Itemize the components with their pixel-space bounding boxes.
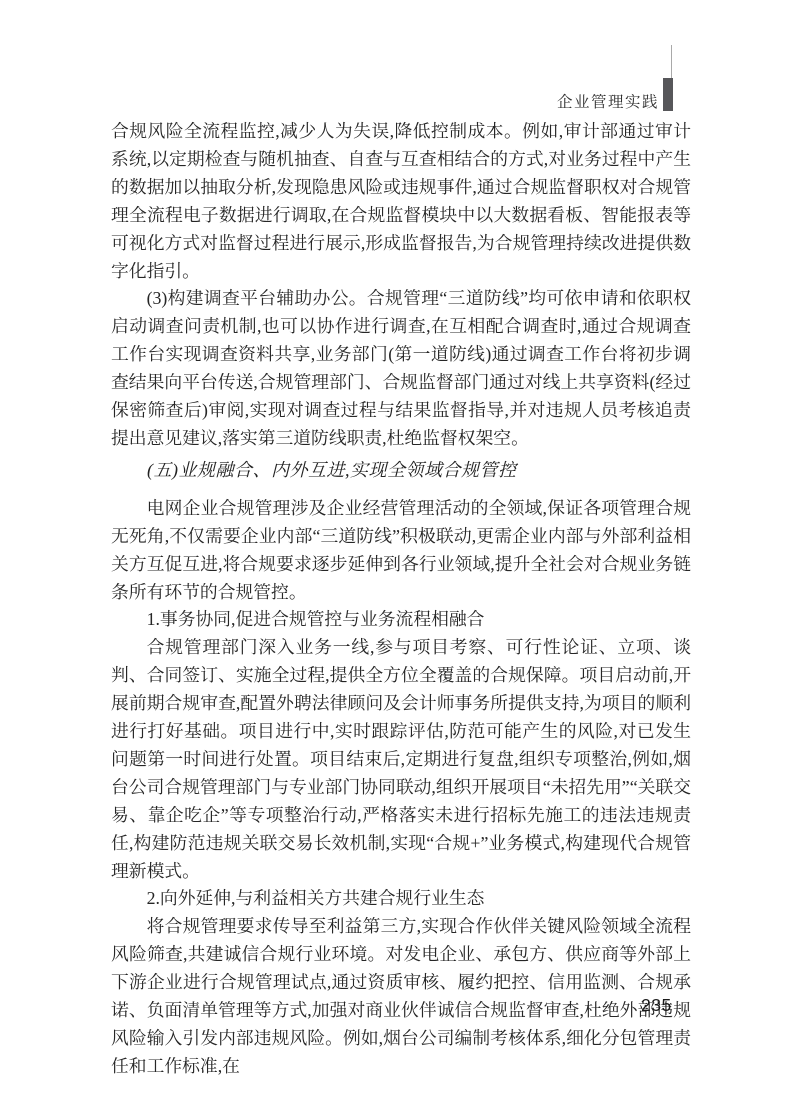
section-heading-five: (五)业规融合、内外互进,实现全领域合规管控 xyxy=(111,457,691,485)
subheading-business-collaboration: 1.事务协同,促进合规管控与业务流程相融合 xyxy=(111,606,691,634)
paragraph-stakeholder-ecosystem: 将合规管理要求传导至利益第三方,实现合作伙伴关键风险领域全流程风险筛查,共建诚信… xyxy=(111,913,691,1080)
page-number: 235 xyxy=(641,995,672,1016)
running-title: 企业管理实践 xyxy=(557,90,659,112)
paragraph-investigation-platform: (3)构建调查平台辅助办公。合规管理“三道防线”均可依申请和依职权启动调查问责机… xyxy=(111,285,691,452)
header-tab-marker xyxy=(663,78,673,111)
paragraph-project-lifecycle-compliance: 合规管理部门深入业务一线,参与项目考察、可行性论证、立项、谈判、合同签订、实施全… xyxy=(111,634,691,885)
page-text-block: 合规风险全流程监控,减少人为失误,降低控制成本。例如,审计部通过审计系统,以定期… xyxy=(111,118,691,1081)
paragraph-compliance-monitoring: 合规风险全流程监控,减少人为失误,降低控制成本。例如,审计部通过审计系统,以定期… xyxy=(111,118,691,285)
header-rule-divider xyxy=(671,45,672,79)
subheading-external-extension: 2.向外延伸,与利益相关方共建合规行业生态 xyxy=(111,885,691,913)
book-page: 企业管理实践 合规风险全流程监控,减少人为失误,降低控制成本。例如,审计部通过审… xyxy=(0,0,800,1118)
paragraph-grid-enterprise-compliance: 电网企业合规管理涉及企业经营管理活动的全领域,保证各项管理合规无死角,不仅需要企… xyxy=(111,495,691,607)
